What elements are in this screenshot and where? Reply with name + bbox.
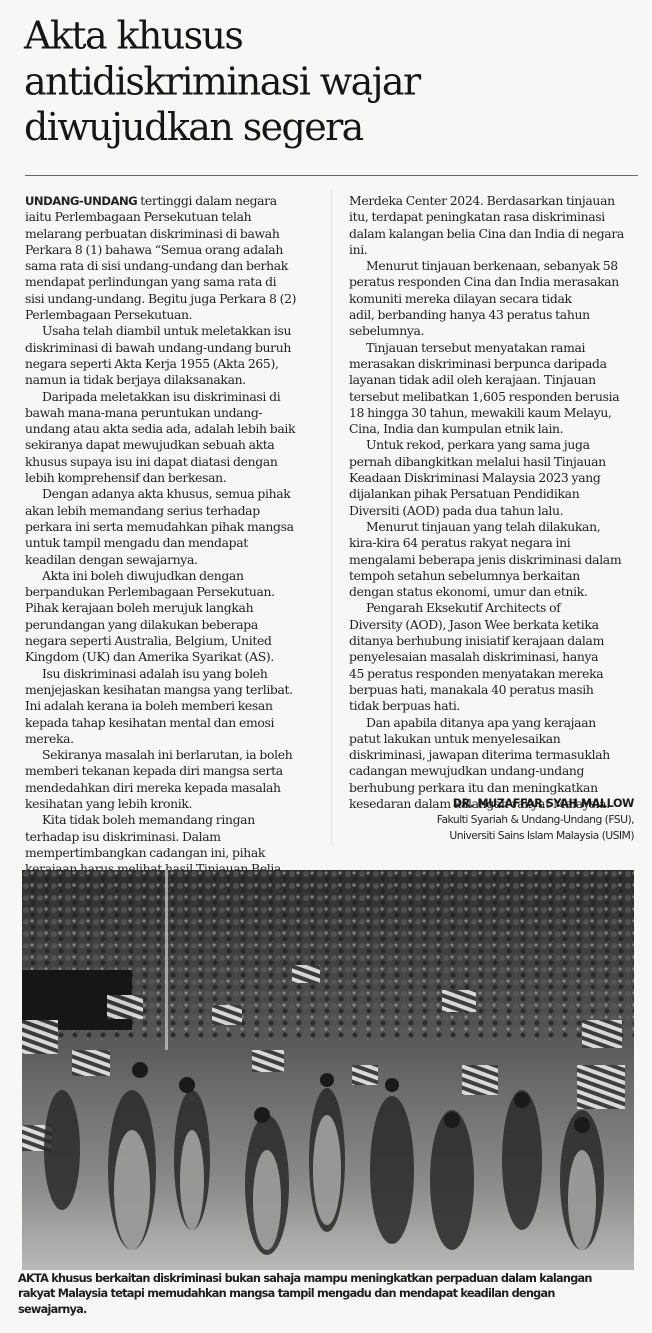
body-text-line: diskriminasi di bawah undang-undang buru… [25, 340, 315, 356]
body-text-line: bawah mana-mana peruntukan undang- [25, 405, 315, 421]
body-text-line: kepada tahap kesihatan mental dan emosi [25, 715, 315, 731]
body-text-line: merasakan diskriminasi berpunca daripada [349, 356, 638, 372]
body-text-line: sama rata di sisi undang-undang dan berh… [25, 258, 315, 274]
body-text-line: adil, berbanding hanya 43 peratus tahun [349, 307, 638, 323]
body-text-line: Merdeka Center 2024. Berdasarkan tinjaua… [349, 193, 638, 209]
headline-line-2: antidiskriminasi wajar [24, 59, 624, 105]
body-text-line: memberi tekanan kepada diri mangsa serta [25, 763, 315, 779]
headline-rule [25, 175, 638, 176]
body-text-line: Keadaan Diskriminasi Malaysia 2023 yang [349, 470, 638, 486]
body-text-line: sekiranya dapat mewujudkan sebuah akta [25, 437, 315, 453]
body-text-line: penyelesaian masalah diskriminasi, hanya [349, 649, 638, 665]
body-text-line: Usaha telah diambil untuk meletakkan isu [25, 323, 315, 339]
body-text-line: Pengarah Eksekutif Architects of [349, 600, 638, 616]
body-text-line: dengan status ekonomi, umur dan etnik. [349, 584, 638, 600]
body-text-line: perundangan yang dilakukan beberapa [25, 617, 315, 633]
body-text-line: berhubung perkara itu dan meningkatkan [349, 780, 638, 796]
body-text-line: tersebut melibatkan 1,605 responden beru… [349, 389, 638, 405]
body-text-line: komuniti mereka dilayan secara tidak [349, 291, 638, 307]
body-text-line: undang atau akta sedia ada, adalah lebih… [25, 421, 315, 437]
body-text-line: Kingdom (UK) dan Amerika Syarikat (AS). [25, 649, 315, 665]
body-text-line: Dan apabila ditanya apa yang kerajaan [349, 715, 638, 731]
body-text-line: 45 peratus responden menyatakan mereka [349, 666, 638, 682]
body-text-line: melarang perbuatan diskriminasi di bawah [25, 226, 315, 242]
body-text-line: Perlembagaan Persekutuan. [25, 307, 315, 323]
body-text-line: tidak berpuas hati. [349, 698, 638, 714]
body-text-line: Pihak kerajaan boleh merujuk langkah [25, 600, 315, 616]
column-divider [331, 190, 332, 845]
body-text-line: Untuk rekod, perkara yang sama juga [349, 437, 638, 453]
body-text-line: ditanya berhubung inisiatif kerajaan dal… [349, 633, 638, 649]
body-text-line: Akta ini boleh diwujudkan dengan [25, 568, 315, 584]
body-text-line: mereka. [25, 731, 315, 747]
body-text-line: dalam kalangan belia Cina dan India di n… [349, 226, 638, 242]
body-text-line: menjejaskan kesihatan mangsa yang terlib… [25, 682, 315, 698]
body-text-line: itu, terdapat peningkatan rasa diskrimin… [349, 209, 638, 225]
body-text-line: perkara ini serta memudahkan pihak mangs… [25, 519, 315, 535]
body-text-line: Cina, India dan kumpulan etnik lain. [349, 421, 638, 437]
headline: Akta khusus antidiskriminasi wajar diwuj… [24, 13, 624, 151]
body-text-line: Diversity (AOD), Jason Wee berkata ketik… [349, 617, 638, 633]
body-text-line: lebih komprehensif dan berkesan. [25, 470, 315, 486]
body-text-line: mendedahkan diri mereka kepada masalah [25, 780, 315, 796]
body-text-line: 18 hingga 30 tahun, mewakili kaum Melayu… [349, 405, 638, 421]
body-text-line: negara seperti Akta Kerja 1955 (Akta 265… [25, 356, 315, 372]
crowd-photo-illustration [22, 870, 634, 1270]
body-text-line: kira-kira 64 peratus rakyat negara ini [349, 535, 638, 551]
body-text-line: layanan tidak adil oleh kerajaan. Tinjau… [349, 372, 638, 388]
headline-line-1: Akta khusus [24, 13, 624, 59]
body-text-line: namun ia tidak berjaya dilaksanakan. [25, 372, 315, 388]
body-text-line: iaitu Perlembagaan Persekutuan telah [25, 209, 315, 225]
caption-line-3: sewajarnya. [18, 1302, 638, 1317]
body-text-line: tempoh setahun sebelumnya berkaitan [349, 568, 638, 584]
body-text-line: Menurut tinjauan berkenaan, sebanyak 58 [349, 258, 638, 274]
body-text-line: khusus supaya isu ini dapat diatasi deng… [25, 454, 315, 470]
body-column-right: Merdeka Center 2024. Berdasarkan tinjaua… [349, 193, 638, 812]
lead-line-text: tertinggi dalam negara [137, 193, 277, 208]
body-text-line: Dengan adanya akta khusus, semua pihak [25, 486, 315, 502]
body-text-line: keadilan dengan sewajarnya. [25, 552, 315, 568]
body-text-line: ini. [349, 242, 638, 258]
article-photo [22, 870, 634, 1270]
body-text-line: Daripada meletakkan isu diskriminasi di [25, 389, 315, 405]
body-text-line: sisi undang-undang. Begitu juga Perkara … [25, 291, 315, 307]
body-text-line: patut lakukan untuk menyelesaikan [349, 731, 638, 747]
body-text-line: terhadap isu diskriminasi. Dalam [25, 829, 315, 845]
photo-caption: AKTA khusus berkaitan diskriminasi bukan… [18, 1271, 638, 1317]
headline-line-3: diwujudkan segera [24, 104, 624, 150]
body-text-line: diskriminasi, jawapan diterima termasukl… [349, 747, 638, 763]
body-text-line: Diversiti (AOD) pada dua tahun lalu. [349, 503, 638, 519]
body-text-line: mempertimbangkan cadangan ini, pihak [25, 845, 315, 861]
body-text-line: dijalankan pihak Persatuan Pendidikan [349, 486, 638, 502]
author-name: DR. MUZAFFAR SYAH MALLOW [437, 796, 634, 812]
body-text-line: Menurut tinjauan yang telah dilakukan, [349, 519, 638, 535]
author-byline: DR. MUZAFFAR SYAH MALLOW Fakulti Syariah… [437, 796, 634, 844]
body-text-line: Ini adalah kerana ia boleh memberi kesan [25, 698, 315, 714]
body-text-line: Perkara 8 (1) bahawa “Semua orang adalah [25, 242, 315, 258]
body-text-line: Kita tidak boleh memandang ringan [25, 812, 315, 828]
body-text-line: kesihatan yang lebih kronik. [25, 796, 315, 812]
body-text-line: pernah dibangkitkan melalui hasil Tinjau… [349, 454, 638, 470]
body-text-line: cadangan mewujudkan undang-undang [349, 763, 638, 779]
body-text-line: mendapat perlindungan yang sama rata di [25, 274, 315, 290]
body-text-line: Isu diskriminasi adalah isu yang boleh [25, 666, 315, 682]
caption-line-2: rakyat Malaysia tetapi memudahkan mangsa… [18, 1286, 638, 1301]
author-affiliation-university: Universiti Sains Islam Malaysia (USIM) [437, 828, 634, 844]
author-affiliation-faculty: Fakulti Syariah & Undang-Undang (FSU), [437, 812, 634, 828]
body-text-line: mengalami beberapa jenis diskriminasi da… [349, 552, 638, 568]
caption-line-1: AKTA khusus berkaitan diskriminasi bukan… [18, 1271, 638, 1286]
body-text-line: berpandukan Perlembagaan Persekutuan. [25, 584, 315, 600]
body-text-line: akan lebih memandang serius terhadap [25, 503, 315, 519]
body-text-line: untuk tampil mengadu dan mendapat [25, 535, 315, 551]
body-text-line: sebelumnya. [349, 323, 638, 339]
body-text-line: Tinjauan tersebut menyatakan ramai [349, 340, 638, 356]
body-column-left: UNDANG-UNDANG tertinggi dalam negaraiait… [25, 193, 315, 877]
lead-word: UNDANG-UNDANG [25, 194, 137, 208]
body-text-line: peratus responden Cina dan India merasak… [349, 274, 638, 290]
body-text-line: Sekiranya masalah ini berlarutan, ia bol… [25, 747, 315, 763]
body-text-line: negara seperti Australia, Belgium, Unite… [25, 633, 315, 649]
body-text-line: berpuas hati, manakala 40 peratus masih [349, 682, 638, 698]
body-text-line: UNDANG-UNDANG tertinggi dalam negara [25, 193, 315, 209]
